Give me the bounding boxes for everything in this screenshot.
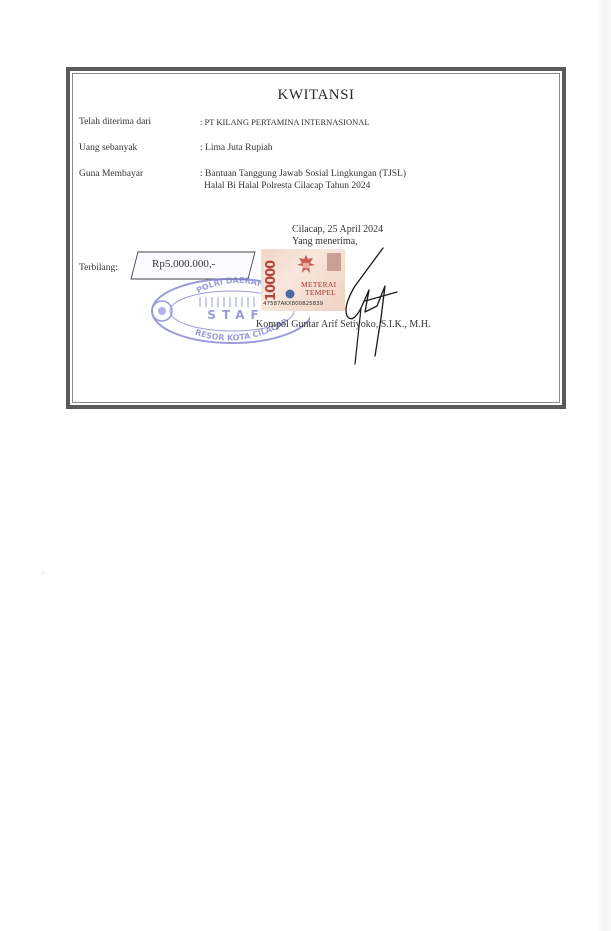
field-value: : PT KILANG PERTAMINA INTERNASIONAL xyxy=(200,117,370,127)
garuda-emblem-icon xyxy=(295,253,317,277)
meterai-denomination: 10000 xyxy=(264,253,284,301)
place-date: Cilacap, 25 April 2024 xyxy=(292,224,383,236)
amount-value: Rp5.000.000,- xyxy=(152,258,215,270)
page-edge xyxy=(597,0,611,931)
field-label: Uang sebanyak xyxy=(79,143,137,153)
receipt-frame: KWITANSI Telah diterima dari : PT KILANG… xyxy=(66,67,566,409)
terbilang-label: Terbilang: xyxy=(79,263,118,273)
place-date-block: Cilacap, 25 April 2024 Yang menerima, xyxy=(292,224,383,248)
meterai-hologram-icon xyxy=(285,289,295,299)
scan-speck xyxy=(42,572,44,574)
field-label: Telah diterima dari xyxy=(79,117,151,127)
receipt-title: KWITANSI xyxy=(70,87,562,104)
field-value: : Lima Juta Rupiah xyxy=(200,143,273,153)
field-value: : Bantuan Tanggung Jawab Sosial Lingkung… xyxy=(200,169,406,179)
meterai-serial: 47587AKX800825839 xyxy=(263,301,323,307)
field-value-line2: Halal Bi Halal Polresta Cilacap Tahun 20… xyxy=(204,181,370,191)
field-label: Guna Membayar xyxy=(79,169,143,179)
signer-name: Kompol Guntar Arif Setiyoko, S.I.K., M.H… xyxy=(256,319,430,330)
signature-icon xyxy=(325,246,415,371)
